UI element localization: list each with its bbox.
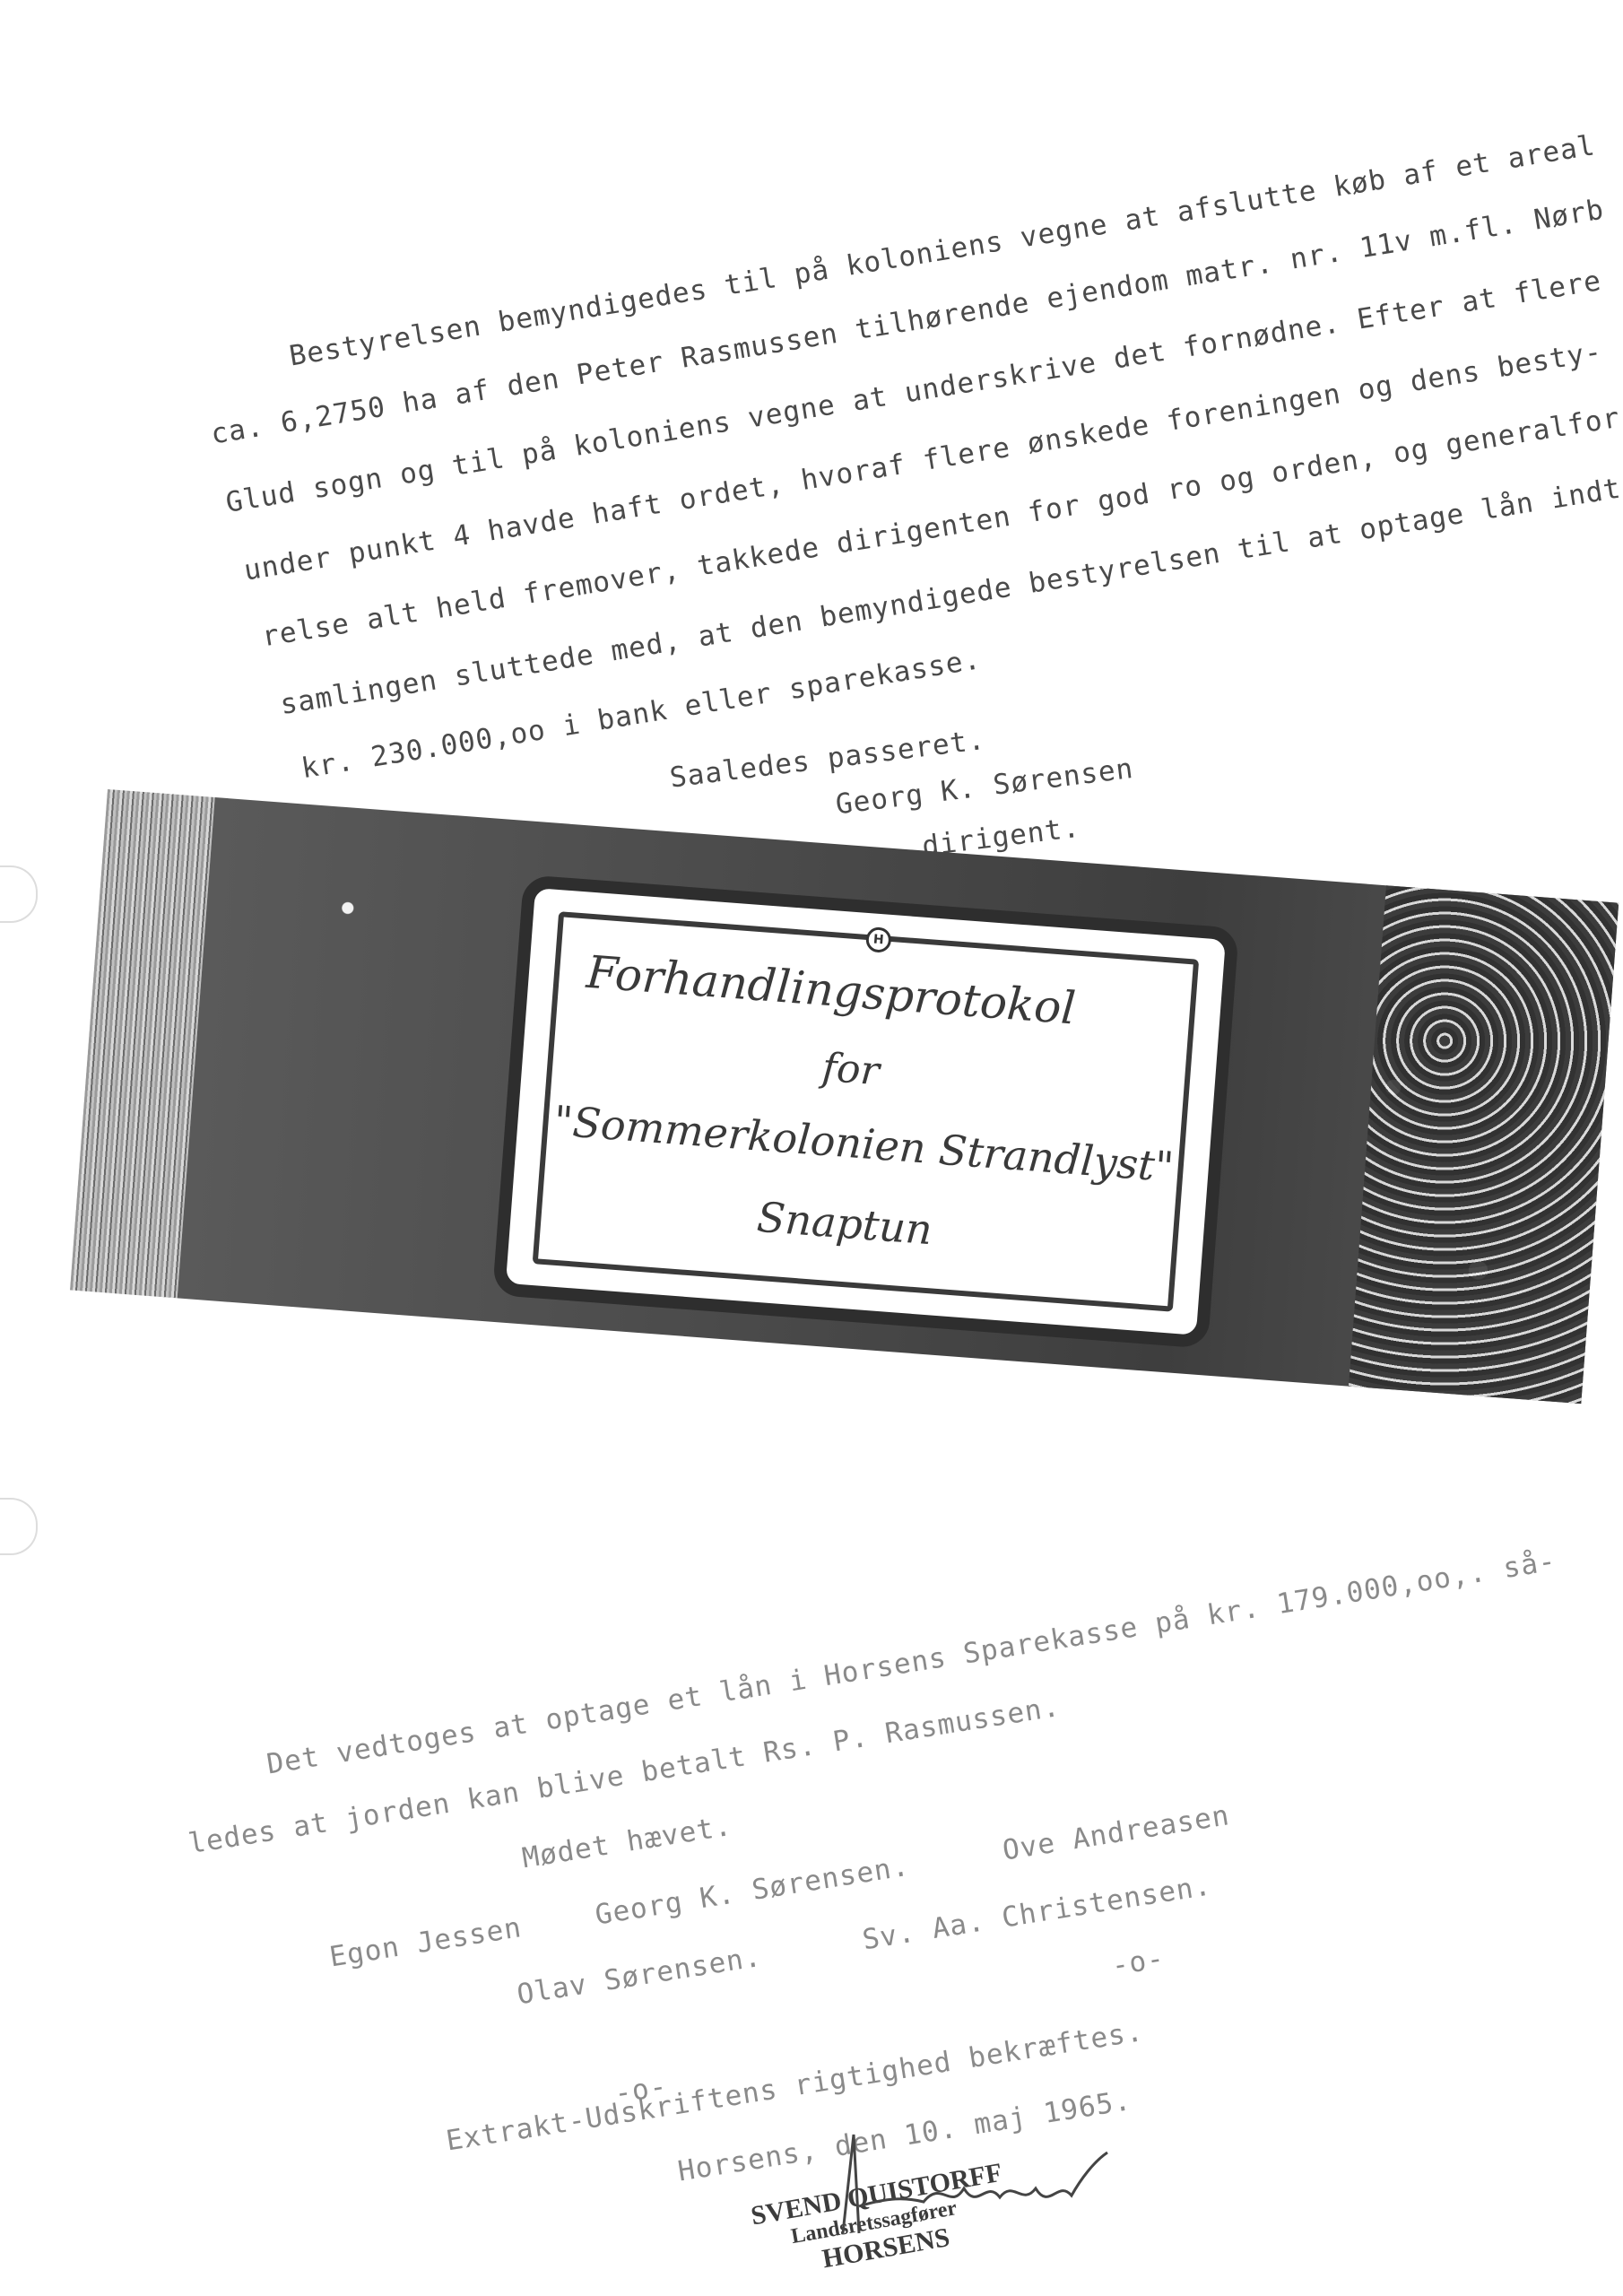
handwritten-signature	[807, 2126, 1130, 2251]
cover-marbling-right	[1349, 885, 1619, 1404]
cover-for: for	[820, 1045, 881, 1095]
meeting-closed: Mødet hævet.	[520, 1810, 734, 1874]
cover-title: Forhandlingsprotokol	[585, 946, 1077, 1035]
signatory: Egon Jessen	[327, 1911, 524, 1973]
separator: -o-	[1109, 1942, 1167, 1982]
notebook-cover-image: H Forhandlingsprotokol for "Sommerkoloni…	[70, 789, 1619, 1404]
scanned-document-page: Bestyrelsen bemyndigedes til på kolonien…	[0, 0, 1623, 2296]
cover-location: Snaptun	[755, 1193, 933, 1255]
signatory: Olav Sørensen.	[515, 1941, 764, 2012]
punch-hole	[0, 1498, 38, 1555]
cover-label: H Forhandlingsprotokol for "Sommerkoloni…	[492, 874, 1239, 1349]
cover-organization: "Sommerkolonien Strandlyst"	[552, 1096, 1176, 1191]
signatory: Georg K. Sørensen.	[593, 1850, 911, 1932]
emblem-icon: H	[865, 926, 892, 953]
signatory: Ove Andreasen	[1001, 1799, 1232, 1867]
punch-hole	[0, 865, 38, 923]
